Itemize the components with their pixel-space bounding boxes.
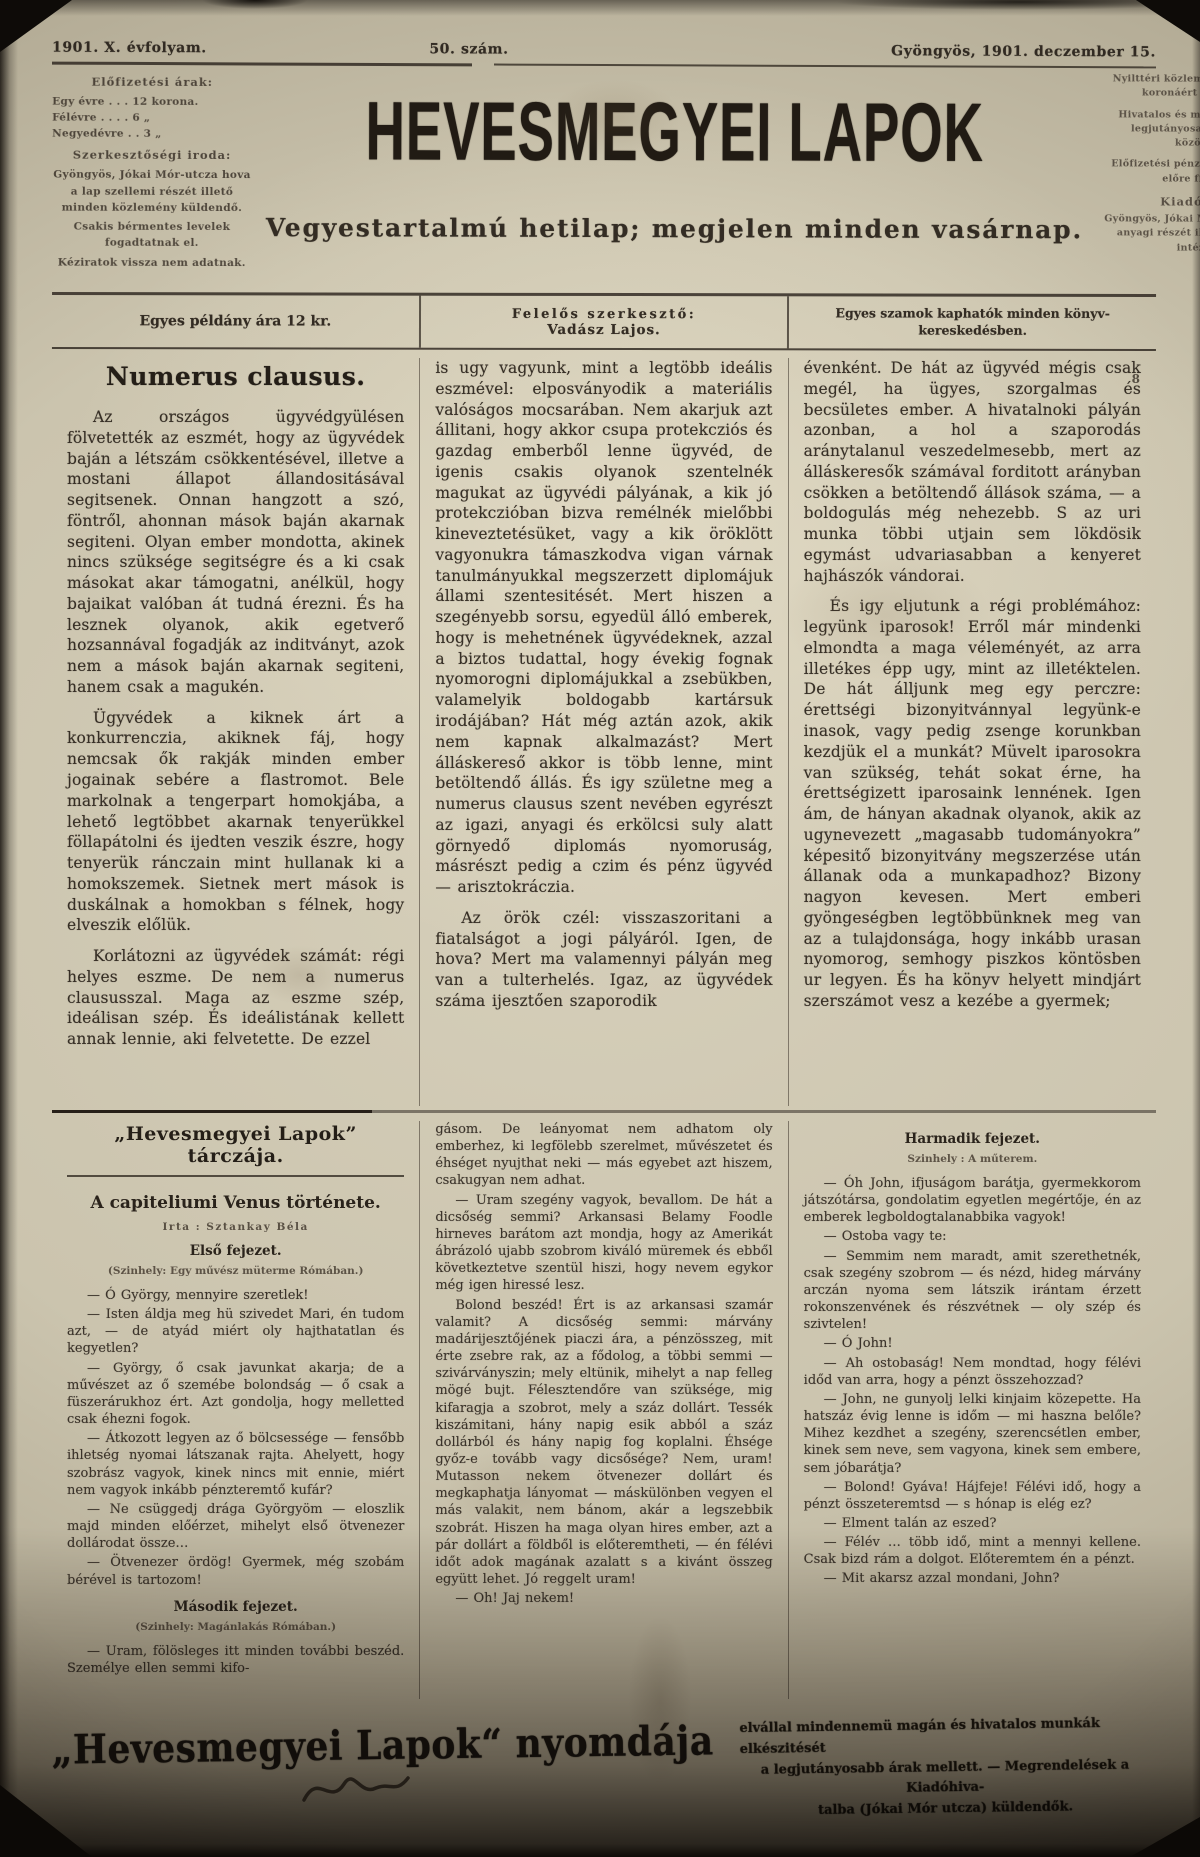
printing-house-offer: elvállal mindennemü magán és hivatalos m…	[739, 1713, 1150, 1823]
article-paragraph: Ügyvédek a kiknek árt a konkurrenczia, a…	[67, 708, 404, 936]
issue-header: 1901. X. évfolyam. 50. szám. Gyöngyös, 1…	[52, 40, 1156, 61]
publisher-office-address: Gyöngyös, Jókai Mór-utcza hova a lap any…	[1097, 212, 1200, 255]
article-column-2: is ugy vagyunk, mint a legtöbb ideális e…	[419, 358, 787, 1106]
editor-box: Felelős szerkesztő: Vadász Lajos.	[419, 296, 788, 349]
story-paragraph: — György, ő csak javunkat akarja; de a m…	[67, 1360, 404, 1429]
chapter-three-scene: Szinhely : A műterem.	[804, 1153, 1141, 1165]
subscription-box: Előfizetési árak: Egy évre . . . 12 koro…	[52, 70, 253, 283]
copy-price-box: Egyes példány ára 12 kr.	[52, 295, 419, 348]
header-rule-left	[52, 62, 472, 67]
ad-line: talba (Jókai Mór utcza) küldendők.	[740, 1797, 1150, 1824]
chapter-two-heading: Második fejezet.	[67, 1599, 404, 1615]
feuilleton-divider-rule	[52, 1110, 1156, 1113]
story-paragraph: — Ó John!	[804, 1335, 1141, 1352]
article-paragraph: évenként. De hát az ügyvéd mégis csak me…	[804, 358, 1141, 586]
newspaper-title: HEVESMEGYEI LAPOK	[315, 84, 1034, 181]
fees-note: Előfizetési pénzek s hirdetési dijak elő…	[1097, 158, 1200, 187]
rate-year: Egy évre . . . 12 korona.	[52, 93, 252, 110]
rate-quarter-year: Negyedévre . . 3 „	[52, 126, 252, 143]
printing-house-name: „Hevesmegyei Lapok“ nyomdája	[51, 1717, 714, 1773]
editor-label: Felelős szerkesztő:	[512, 306, 696, 321]
editor-name: Vadász Lajos.	[547, 321, 661, 337]
publisher-box: Nyilttéri közlemények soronként 1 koroná…	[1097, 72, 1200, 285]
masthead-center: HEVESMEGYEI LAPOK Vegyestartalmú hetilap…	[266, 70, 1084, 284]
article-column-3: évenként. De hát az ügyvéd mégis csak me…	[788, 358, 1156, 1106]
letters-note: Csakis bérmentes levelek fogadtatnak el.	[52, 219, 252, 252]
chapter-two-scene: (Szinhely: Magánlakás Rómában.)	[67, 1621, 404, 1633]
article-paragraph: Az országos ügyvédgyülésen fölvetették a…	[67, 407, 404, 698]
story-paragraph: — Ostoba vagy te:	[804, 1228, 1141, 1245]
chapter-one-scene: (Szinhely: Egy művész müterme Rómában.)	[67, 1265, 404, 1277]
availability-box: Egyes szamok kaphatók minden könyv­keres…	[787, 296, 1156, 349]
story-paragraph: — Oh! Jaj nekem!	[435, 1590, 772, 1607]
newspaper-page: 1901. X. évfolyam. 50. szám. Gyöngyös, 1…	[0, 0, 1200, 1857]
chapter-one-heading: Első fejezet.	[67, 1243, 404, 1259]
info-row: Egyes példány ára 12 kr. Felelős szerkes…	[52, 292, 1156, 351]
feuilleton-column-1: „Hevesmegyei Lapok” tárczája. A capiteli…	[52, 1121, 419, 1699]
rate-half-year: Félévre . . . . 6 „	[52, 110, 252, 127]
header-rule-right	[494, 64, 1156, 69]
feuilleton-header: „Hevesmegyei Lapok” tárczája.	[67, 1123, 404, 1177]
availability-note: Egyes szamok kaphatók minden könyv­keres…	[799, 305, 1146, 339]
newspaper-subtitle: Vegyestartalmú hetilap; megjelen minden …	[266, 213, 1083, 244]
feuilleton-section: „Hevesmegyei Lapok” tárczája. A capiteli…	[52, 1121, 1156, 1699]
subscription-rates: Egy évre . . . 12 korona. Félévre . . . …	[52, 93, 252, 142]
story-paragraph: — Elment talán az eszed?	[804, 1515, 1141, 1532]
ad-line: a legjutányosabb árak mellett. — Megrend…	[740, 1755, 1151, 1802]
printing-house-ad: „Hevesmegyei Lapok“ nyomdája elvállal mi…	[51, 1705, 1156, 1832]
article-column-1: Numerus clausus. Az országos ügyvédgyülé…	[52, 358, 419, 1106]
story-paragraph: — Uram, fölösleges itt minden további be…	[67, 1643, 404, 1677]
article-title: Numerus clausus.	[67, 362, 404, 391]
story-byline: Irta : Sztankay Béla	[67, 1221, 404, 1233]
story-paragraph: gásom. De leányomat nem adhatom oly embe…	[435, 1121, 772, 1190]
chapter-three-heading: Harmadik fejezet.	[804, 1131, 1141, 1147]
page-content: 1901. X. évfolyam. 50. szám. Gyöngyös, 1…	[0, 0, 1200, 1825]
story-paragraph: — Mit akarsz azzal mondani, John?	[804, 1570, 1141, 1587]
editorial-office-address: Gyöngyös, Jókai Mór-utcza hova a lap sze…	[52, 167, 252, 216]
lead-article: Numerus clausus. Az országos ügyvédgyülé…	[52, 358, 1156, 1106]
article-paragraph: Az örök czél: visszaszoritani a fiatalsá…	[435, 908, 772, 1012]
story-paragraph: — Uram szegény vagyok, bevallom. De hát …	[435, 1192, 772, 1295]
subscription-title: Előfizetési árak:	[52, 74, 252, 92]
article-paragraph: is ugy vagyunk, mint a legtöbb ideális e…	[435, 358, 772, 898]
story-paragraph: Bolond beszéd! Ért is az arkansasi szamá…	[435, 1297, 772, 1589]
issue-number: 50. szám.	[429, 41, 508, 57]
dateline: Gyöngyös, 1901. deczember 15.	[891, 43, 1156, 60]
ads-note: Hivatalos és magán hirdetések a legjután…	[1097, 108, 1200, 151]
story-paragraph: — Isten áldja meg hü szivedet Mari, én t…	[67, 1306, 404, 1357]
story-paragraph: — Bolond! Gyáva! Hájfeje! Félévi idő, ho…	[804, 1479, 1141, 1513]
copy-price: Egyes példány ára 12 kr.	[139, 313, 331, 329]
masthead: Előfizetési árak: Egy évre . . . 12 koro…	[52, 70, 1157, 285]
story-paragraph: — Átkozott legyen az ő bölcsessége — fen…	[67, 1430, 404, 1499]
story-paragraph: — John, ne gunyolj lelki kinjaim közepet…	[804, 1391, 1141, 1477]
story-paragraph: — Óh John, ifjuságom barátja, gyermekkor…	[804, 1175, 1141, 1226]
volume-label: 1901. X. évfolyam.	[52, 40, 207, 57]
manuscripts-note: Kéziratok vissza nem adatnak.	[52, 254, 252, 271]
editorial-office-title: Szerkesztőségi iroda:	[52, 146, 252, 164]
story-paragraph: — Ne csüggedj drága Györgyöm — eloszlik …	[67, 1501, 404, 1552]
article-paragraph: Korlátozni az ügyvédek számát: régi hely…	[67, 946, 404, 1050]
story-paragraph: — Félév … több idő, mint a mennyi kellen…	[804, 1534, 1141, 1568]
feuilleton-column-3: Harmadik fejezet. Szinhely : A műterem. …	[788, 1121, 1156, 1699]
feuilleton-column-2: gásom. De leányomat nem adhatom oly embe…	[419, 1121, 787, 1699]
story-paragraph: — Ó György, mennyire szeretlek!	[67, 1287, 404, 1304]
header-rule	[52, 62, 1156, 70]
open-column-note: Nyilttéri közlemények soronként 1 koroná…	[1097, 72, 1200, 101]
story-paragraph: — Semmim nem maradt, amit szerethetnék, …	[804, 1248, 1141, 1334]
story-paragraph: — Ötvenezer ördög! Gyermek, még szobám b…	[67, 1554, 404, 1588]
publisher-office-title: Kiadóhivatal:	[1097, 193, 1200, 211]
story-title: A capiteliumi Venus története.	[67, 1193, 404, 1213]
story-paragraph: — Ah ostobaság! Nem mondtad, hogy félévi…	[804, 1355, 1141, 1389]
article-paragraph: És igy eljutunk a régi problémához: legy…	[804, 596, 1141, 1011]
ad-line: elvállal mindennemü magán és hivatalos m…	[739, 1713, 1150, 1760]
